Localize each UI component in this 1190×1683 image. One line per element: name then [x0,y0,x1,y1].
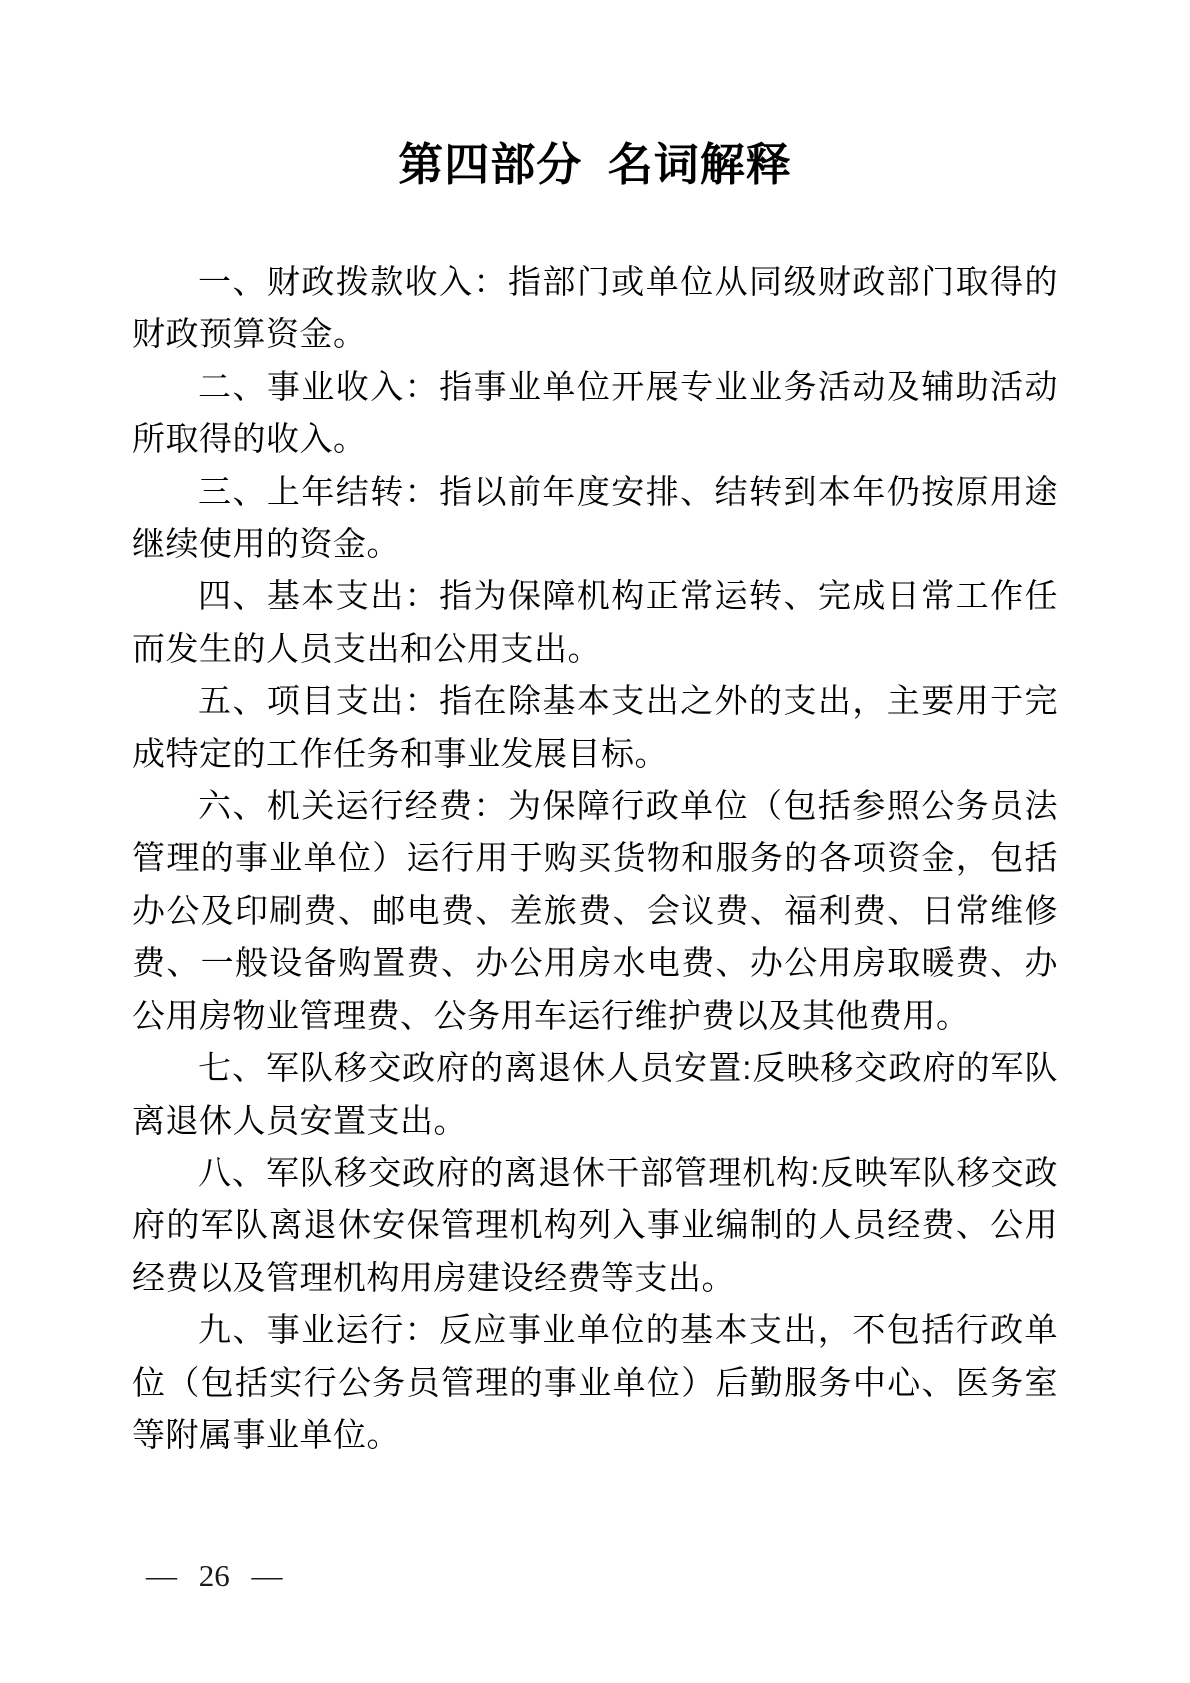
definition-paragraph-basic-expenditure: 四、基本支出：指为保障机构正常运转、完成日常工作任而发生的人员支出和公用支出。 [132,570,1058,675]
definition-paragraph-retired-cadre-management-agency: 八、军队移交政府的离退休干部管理机构:反映军队移交政府的军队离退休安保管理机构列… [132,1147,1058,1304]
document-page: 第四部分 名词解释 一、财政拨款收入：指部门或单位从同级财政部门取得的财政预算资… [0,0,1190,1683]
page-title: 第四部分 名词解释 [0,0,1190,194]
definition-paragraph-institution-operation: 九、事业运行：反应事业单位的基本支出，不包括行政单位（包括实行公务员管理的事业单… [132,1304,1058,1461]
definition-paragraph-project-expenditure: 五、项目支出：指在除基本支出之外的支出，主要用于完成特定的工作任务和事业发展目标… [132,675,1058,780]
definition-paragraph-agency-operating-funds: 六、机关运行经费：为保障行政单位（包括参照公务员法管理的事业单位）运行用于购买货… [132,780,1058,1042]
definition-paragraph-carryover-from-previous-year: 三、上年结转：指以前年度安排、结转到本年仍按原用途继续使用的资金。 [132,466,1058,571]
page-number: — 26 — [146,1556,283,1596]
definition-paragraph-retired-personnel-placement: 七、军队移交政府的离退休人员安置:反映移交政府的军队离退休人员安置支出。 [132,1042,1058,1147]
definition-paragraph-fiscal-appropriation-income: 一、财政拨款收入：指部门或单位从同级财政部门取得的财政预算资金。 [132,256,1058,361]
document-body: 一、财政拨款收入：指部门或单位从同级财政部门取得的财政预算资金。 二、事业收入：… [132,256,1058,1461]
definition-paragraph-business-income: 二、事业收入：指事业单位开展专业业务活动及辅助活动所取得的收入。 [132,361,1058,466]
